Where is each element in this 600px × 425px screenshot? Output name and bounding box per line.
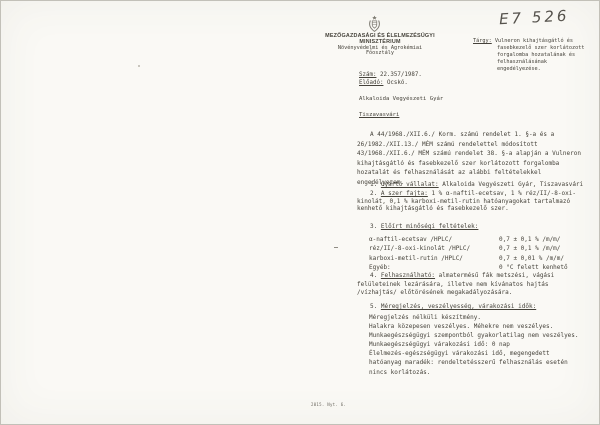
scan-speck	[334, 247, 338, 248]
safety-line: Munkaegészségügyi várakozási idő: 0 nap	[369, 340, 582, 349]
clause-1: 1. Gyártó vállalat: Alkaloida Vegyészeti…	[357, 181, 587, 189]
spec-value: 0,7 ± 0,1 % /m/m/	[499, 244, 581, 253]
form-number-footnote: 2015. Nyt. 6.	[311, 402, 346, 407]
scanned-letter-page: MEZŐGAZDASÁGI ÉS ÉLELMEZÉSÜGYI MINISZTÉR…	[0, 0, 600, 425]
ref-officer-line: Előadó: Ocskó.	[359, 79, 422, 87]
handwritten-registry-number: E7 526	[499, 6, 586, 28]
safety-lines: Méregjelzés nélküli készítmény. Halakra …	[369, 313, 582, 377]
clause-4: 4. Felhasználható: almatermésű fák metsz…	[357, 272, 587, 298]
subject-block: Tárgy: Vulneron kihajtásgátló és fasebke…	[473, 38, 587, 73]
clause-2-number: 2.	[370, 190, 377, 197]
quality-spec-table: α-naftil-ecetsav /HPLC/ 0,7 ± 0,1 % /m/m…	[369, 235, 581, 272]
spec-component: réz/II/-8-oxi-kinolát /HPLC/	[369, 244, 499, 253]
ref-number-value: 22.357/1987.	[380, 72, 422, 78]
ref-officer-value: Ocskó.	[387, 80, 408, 86]
safety-line: Élelmezés-egészségügyi várakozási idő, m…	[369, 349, 582, 376]
ref-number-line: Szám: 22.357/1987.	[359, 71, 422, 79]
addressee-city: Tiszavasvári	[359, 112, 399, 118]
clause-5-label: Méregjelzés, veszélyesség, várakozási id…	[381, 303, 536, 310]
clause-2-label: A szer fajta:	[381, 190, 428, 197]
scan-speck	[138, 65, 140, 67]
spec-row: α-naftil-ecetsav /HPLC/ 0,7 ± 0,1 % /m/m…	[369, 235, 581, 244]
spec-row: Egyéb: 0 °C felett kenhető	[369, 263, 581, 272]
subject-text: Vulneron kihajtásgátló és fasebkezelő sz…	[495, 38, 585, 72]
ref-officer-label: Előadó:	[359, 80, 383, 86]
spec-component: α-naftil-ecetsav /HPLC/	[369, 235, 499, 244]
spec-component: karboxi-metil-rutin /HPLC/	[369, 254, 499, 263]
reference-block: Szám: 22.357/1987. Előadó: Ocskó.	[359, 71, 422, 88]
spec-row: karboxi-metil-rutin /HPLC/ 0,7 ± 0,01 % …	[369, 254, 581, 263]
ministry-dept-line2: Főosztály	[317, 51, 443, 57]
spec-component: Egyéb:	[369, 263, 499, 272]
safety-line: Munkaegészségügyi szempontból gyakorlati…	[369, 331, 582, 340]
clause-5-number: 5.	[370, 303, 377, 310]
clause-1-number: 1.	[370, 181, 377, 188]
clause-4-number: 4.	[370, 272, 377, 279]
clause-5: 5. Méregjelzés, veszélyesség, várakozási…	[357, 303, 587, 311]
spec-row: réz/II/-8-oxi-kinolát /HPLC/ 0,7 ± 0,1 %…	[369, 244, 581, 253]
clause-3-number: 3.	[370, 223, 377, 230]
clause-3: 3. Előírt minőségi feltételek:	[357, 223, 587, 231]
clause-1-text: Alkaloida Vegyészeti Gyár, Tiszavasvári	[442, 181, 583, 188]
safety-line: Halakra közepesen veszélyes. Méhekre nem…	[369, 322, 582, 331]
clause-3-label: Előírt minőségi feltételek:	[381, 223, 479, 230]
addressee-company: Alkaloida Vegyészeti Gyár	[359, 96, 443, 102]
subject-label: Tárgy:	[473, 38, 492, 44]
spec-value: 0 °C felett kenhető	[499, 263, 581, 272]
spec-value: 0,7 ± 0,1 % /m/m/	[499, 235, 581, 244]
clause-1-label: Gyártó vállalat:	[381, 181, 439, 188]
ref-number-label: Szám:	[359, 72, 376, 78]
letterhead: MEZŐGAZDASÁGI ÉS ÉLELMEZÉSÜGYI MINISZTÉR…	[317, 34, 443, 57]
clause-4-label: Felhasználható:	[381, 272, 435, 279]
spec-value: 0,7 ± 0,01 % /m/m/	[499, 254, 581, 263]
safety-line: Méregjelzés nélküli készítmény.	[369, 313, 582, 322]
clause-2: 2. A szer fajta: 1 % α-naftil-ecetsav, 1…	[357, 190, 587, 213]
intro-paragraph: A 44/1968./XII.6./ Korm. számú rendelet …	[357, 130, 587, 188]
